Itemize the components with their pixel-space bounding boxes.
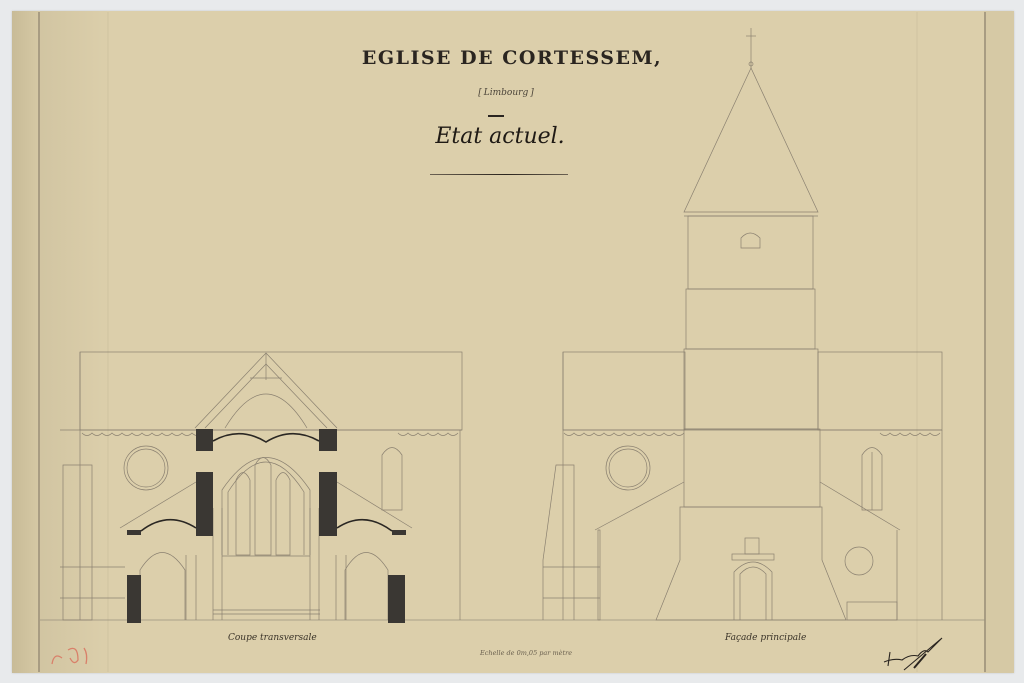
architectural-drawing <box>0 0 1024 683</box>
title-dash <box>488 115 504 117</box>
state-label: Etat actuel. <box>0 124 1000 149</box>
document-title: EGLISE DE CORTESSEM, <box>0 47 1024 69</box>
signature-icon <box>880 630 950 675</box>
facade-caption: Façade principale <box>725 633 806 643</box>
facade-drawing <box>543 28 942 620</box>
stamp-mark-icon <box>48 640 108 670</box>
section-cuts <box>127 429 406 623</box>
region-label: Limbourg <box>466 88 546 98</box>
scale-note: Echelle de 0m,05 par mètre <box>480 649 572 657</box>
title-rule <box>430 174 568 175</box>
cross-section-caption: Coupe transversale <box>228 633 317 643</box>
